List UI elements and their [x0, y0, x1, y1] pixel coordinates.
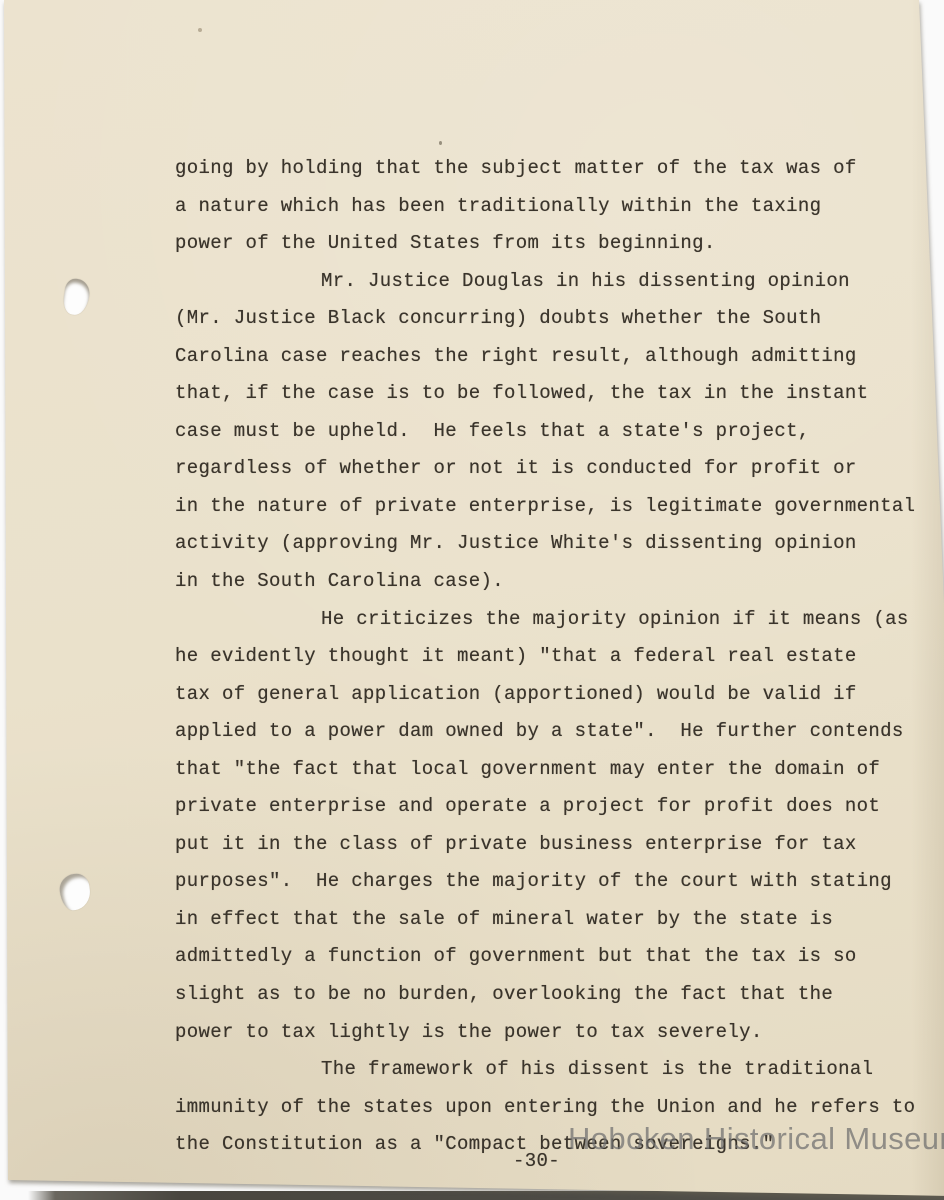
typed-line: admittedly a function of government but … [175, 938, 935, 976]
typed-line: put it in the class of private business … [175, 826, 935, 864]
typed-line: activity (approving Mr. Justice White's … [175, 525, 935, 563]
typed-line: a nature which has been traditionally wi… [175, 188, 935, 226]
typed-line: regardless of whether or not it is condu… [175, 450, 935, 488]
typed-line: The framework of his dissent is the trad… [175, 1051, 935, 1089]
document-page-wrap: going by holding that the subject matter… [0, 0, 944, 1200]
punch-hole-bottom [58, 872, 92, 911]
paper-speck [198, 28, 202, 32]
typed-line: (Mr. Justice Black concurring) doubts wh… [175, 300, 935, 338]
typed-line: applied to a power dam owned by a state"… [175, 713, 935, 751]
typed-line: he evidently thought it meant) "that a f… [175, 638, 935, 676]
typed-line: in the South Carolina case). [175, 563, 935, 601]
typed-line: power to tax lightly is the power to tax… [175, 1014, 935, 1052]
typed-line: power of the United States from its begi… [175, 225, 935, 263]
typed-text-block: going by holding that the subject matter… [175, 150, 935, 1164]
typed-line: purposes". He charges the majority of th… [175, 863, 935, 901]
typed-line: case must be upheld. He feels that a sta… [175, 413, 935, 451]
paper-speck [439, 141, 442, 145]
typed-line: in effect that the sale of mineral water… [175, 901, 935, 939]
document-page: going by holding that the subject matter… [0, 0, 944, 1200]
scan-edge-mark [0, 16, 3, 40]
typed-line: going by holding that the subject matter… [175, 150, 935, 188]
typed-line: tax of general application (apportioned)… [175, 676, 935, 714]
page-number: -30- [513, 1150, 560, 1172]
typed-line: in the nature of private enterprise, is … [175, 488, 935, 526]
scan-edge-mark [0, 92, 2, 101]
typed-line: Mr. Justice Douglas in his dissenting op… [175, 263, 935, 301]
typed-line: slight as to be no burden, overlooking t… [175, 976, 935, 1014]
typed-line: He criticizes the majority opinion if it… [175, 601, 935, 639]
punch-hole-top [62, 277, 92, 316]
typed-line: that "the fact that local government may… [175, 751, 935, 789]
typed-line: private enterprise and operate a project… [175, 788, 935, 826]
typed-line: that, if the case is to be followed, the… [175, 375, 935, 413]
watermark: Hoboken Historical Museum [568, 1121, 944, 1157]
typed-line: Carolina case reaches the right result, … [175, 338, 935, 376]
